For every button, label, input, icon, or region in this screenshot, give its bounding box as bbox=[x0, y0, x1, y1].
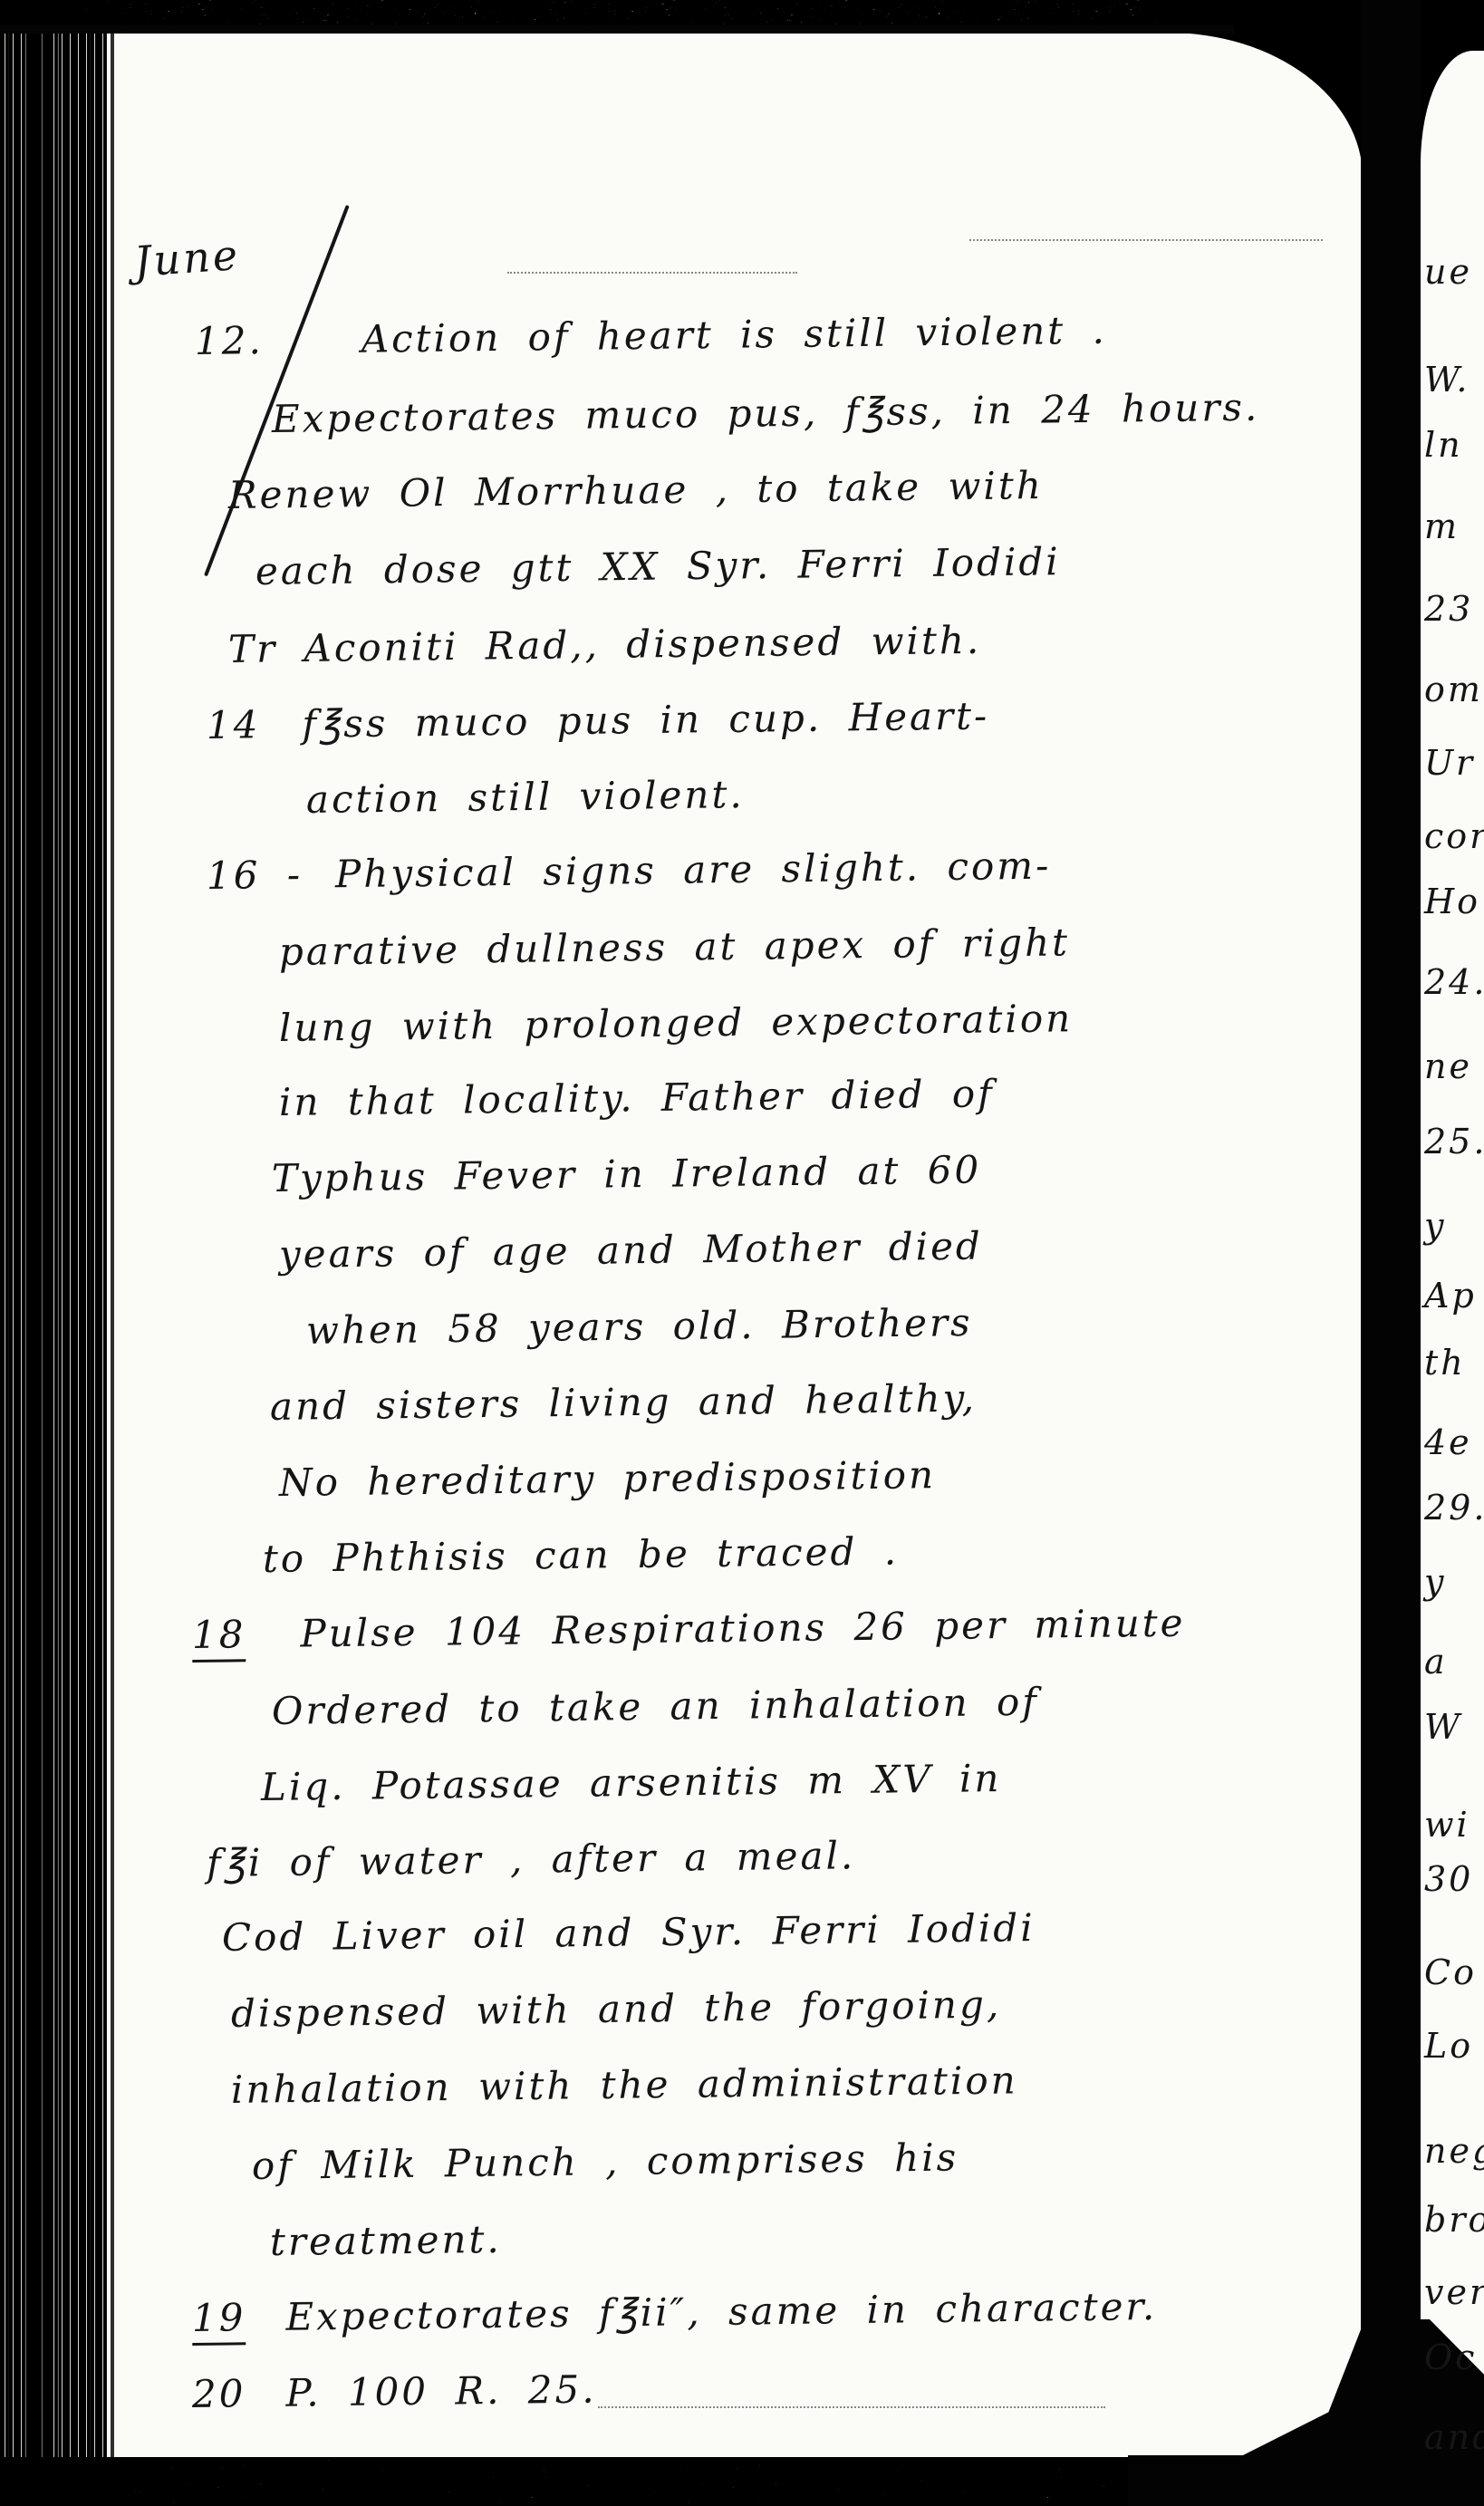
manuscript-line: 20P. 100 R. 25. bbox=[192, 2367, 597, 2416]
entry-day: 18 bbox=[192, 1612, 246, 1663]
manuscript-line: f℥i of water , after a meal. bbox=[207, 1833, 856, 1885]
facing-page-fragment: Co bbox=[1424, 1952, 1484, 1992]
manuscript-line: Tr Aconiti Rad,, dispensed with. bbox=[228, 618, 982, 671]
entry-text: action still violent. bbox=[306, 772, 745, 822]
entry-text: of Milk Punch , comprises his bbox=[252, 2135, 959, 2188]
facing-page-fragment: ln bbox=[1424, 425, 1484, 465]
facing-page-fragment: neg bbox=[1424, 2131, 1484, 2171]
entry-text: dispensed with and the forgoing, bbox=[231, 1982, 1002, 2036]
facing-page-fragment: 4e bbox=[1424, 1422, 1484, 1462]
entry-text: Action of heart is still violent . bbox=[361, 308, 1107, 361]
facing-page-fragment: 23 bbox=[1424, 589, 1484, 629]
manuscript-line: Typhus Fever in Ireland at 60 bbox=[272, 1147, 982, 1200]
facing-page-fragment: wi bbox=[1424, 1805, 1484, 1845]
month-heading: June bbox=[132, 230, 241, 286]
facing-page-fragment: ver bbox=[1424, 2272, 1484, 2312]
facing-page-sliver bbox=[1421, 51, 1484, 2457]
facing-page-fragment: om bbox=[1424, 670, 1484, 709]
facing-page-fragment: m bbox=[1424, 506, 1484, 546]
manuscript-line: to Phthisis can be traced . bbox=[263, 1528, 900, 1581]
manuscript-line: Ordered to take an inhalation of bbox=[272, 1680, 1039, 1733]
facing-page-fragment: 29. bbox=[1424, 1488, 1484, 1528]
entry-text: when 58 years old. Brothers bbox=[306, 1300, 973, 1353]
binding-gutter bbox=[1361, 0, 1421, 2506]
manuscript-line: of Milk Punch , comprises his bbox=[252, 2135, 959, 2188]
entry-text: and sisters living and healthy, bbox=[270, 1375, 978, 1429]
facing-page-fragment: W. bbox=[1424, 360, 1484, 400]
facing-page-fragment: y bbox=[1424, 1562, 1484, 1602]
facing-page-fragment: W bbox=[1424, 1707, 1484, 1747]
facing-page-fragment: a bbox=[1424, 1642, 1484, 1682]
top-edge-line bbox=[0, 25, 1234, 34]
entry-text: Expectorates f℥ii″, same in character. bbox=[285, 2284, 1157, 2339]
manuscript-line: action still violent. bbox=[306, 772, 745, 822]
scanned-journal-page: June 12.Action of heart is still violent… bbox=[0, 0, 1484, 2506]
entry-text: No hereditary predisposition bbox=[279, 1452, 937, 1505]
facing-page-fragment: cor bbox=[1424, 816, 1484, 856]
entry-day: 19 bbox=[192, 2295, 246, 2346]
entry-text: to Phthisis can be traced . bbox=[263, 1528, 900, 1581]
facing-page-fragment: Lo bbox=[1424, 2026, 1484, 2066]
top-speckle-band bbox=[0, 0, 1232, 27]
entry-text: Liq. Potassae arsenitis m XV in bbox=[261, 1756, 1002, 1809]
ink-speck-row bbox=[507, 272, 797, 274]
facing-page-fragment: 25. bbox=[1424, 1122, 1484, 1161]
manuscript-line: years of age and Mother died bbox=[279, 1224, 983, 1277]
manuscript-line: No hereditary predisposition bbox=[279, 1452, 937, 1505]
manuscript-line: and sisters living and healthy, bbox=[270, 1375, 978, 1429]
facing-page-fragment: Ho bbox=[1424, 882, 1484, 921]
facing-page-fragment: Ur bbox=[1424, 743, 1484, 783]
manuscript-line: when 58 years old. Brothers bbox=[306, 1300, 973, 1353]
facing-page-fragment: ue bbox=[1424, 252, 1484, 292]
entry-day: 14 bbox=[207, 702, 261, 747]
entry-text: Ordered to take an inhalation of bbox=[272, 1680, 1039, 1733]
entry-text: f℥ss muco pus in cup. Heart- bbox=[302, 693, 989, 746]
facing-page-fragment: Ap bbox=[1424, 1276, 1484, 1316]
manuscript-line: Liq. Potassae arsenitis m XV in bbox=[261, 1756, 1002, 1809]
facing-page-fragment: 24. bbox=[1424, 962, 1484, 1002]
facing-page-fragment: bro bbox=[1424, 2200, 1484, 2240]
facing-page-fragment: ne bbox=[1424, 1046, 1484, 1086]
entry-text: treatment. bbox=[270, 2217, 502, 2264]
facing-page-fragment: 30 bbox=[1424, 1859, 1484, 1899]
manuscript-line: treatment. bbox=[270, 2217, 502, 2264]
entry-day: 16 - bbox=[207, 853, 304, 898]
entry-day: 20 bbox=[192, 2371, 246, 2416]
facing-page-fragment: y bbox=[1424, 1206, 1484, 1246]
facing-page-fragment: th bbox=[1424, 1343, 1484, 1383]
manuscript-line: in that locality. Father died of bbox=[279, 1071, 995, 1124]
bottom-corner-black bbox=[1128, 2455, 1484, 2506]
entry-text: years of age and Mother died bbox=[279, 1224, 983, 1277]
book-edge-stripes bbox=[0, 0, 107, 2506]
entry-text: P. 100 R. 25. bbox=[285, 2367, 597, 2415]
entry-text: Typhus Fever in Ireland at 60 bbox=[272, 1147, 982, 1200]
page-left-border bbox=[111, 31, 114, 2506]
entry-text: f℥i of water , after a meal. bbox=[207, 1833, 856, 1885]
entry-text: Tr Aconiti Rad,, dispensed with. bbox=[228, 618, 982, 671]
facing-page-fragment: and bbox=[1424, 2417, 1484, 2457]
entry-text: in that locality. Father died of bbox=[279, 1071, 995, 1124]
entry-day: 12. bbox=[195, 318, 264, 363]
entry-text: Physical signs are slight. com- bbox=[335, 843, 1052, 897]
ink-speck-row bbox=[598, 2406, 1105, 2408]
facing-page-fragment: Oc bbox=[1424, 2337, 1484, 2377]
ink-speck-row bbox=[969, 239, 1323, 241]
manuscript-line: dispensed with and the forgoing, bbox=[231, 1982, 1002, 2036]
